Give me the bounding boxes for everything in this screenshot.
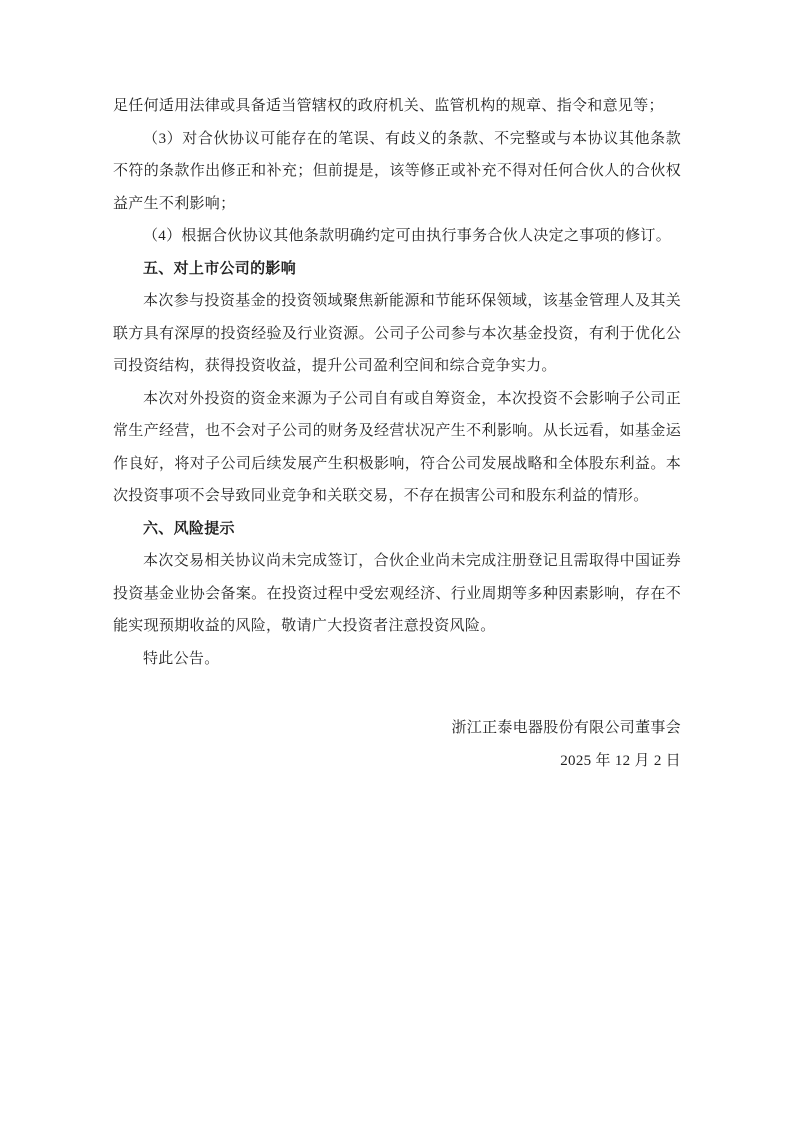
signature-block: 浙江正泰电器股份有限公司董事会 2025 年 12 月 2 日 <box>113 712 681 777</box>
closing-statement: 特此公告。 <box>113 643 681 676</box>
amendment-item-3: （3）对合伙协议可能存在的笔误、有歧义的条款、不完整或与本协议其他条款不符的条款… <box>113 123 681 221</box>
amendment-item-4: （4）根据合伙协议其他条款明确约定可由执行事务合伙人决定之事项的修订。 <box>113 220 681 253</box>
section-6-heading: 六、风险提示 <box>113 513 681 546</box>
announcement-page: 足任何适用法律或具备适当管辖权的政府机关、监管机构的规章、指令和意见等； （3）… <box>0 0 794 1123</box>
section-6-paragraph-1: 本次交易相关协议尚未完成签订，合伙企业尚未完成注册登记且需取得中国证券投资基金业… <box>113 545 681 643</box>
signature-company: 浙江正泰电器股份有限公司董事会 <box>113 712 681 745</box>
continuation-paragraph: 足任何适用法律或具备适当管辖权的政府机关、监管机构的规章、指令和意见等； <box>113 90 681 123</box>
section-5-paragraph-1: 本次参与投资基金的投资领域聚焦新能源和节能环保领域，该基金管理人及其关联方具有深… <box>113 285 681 383</box>
section-5-paragraph-2: 本次对外投资的资金来源为子公司自有或自筹资金，本次投资不会影响子公司正常生产经营… <box>113 383 681 513</box>
section-5-heading: 五、对上市公司的影响 <box>113 253 681 286</box>
signature-date: 2025 年 12 月 2 日 <box>113 745 681 778</box>
